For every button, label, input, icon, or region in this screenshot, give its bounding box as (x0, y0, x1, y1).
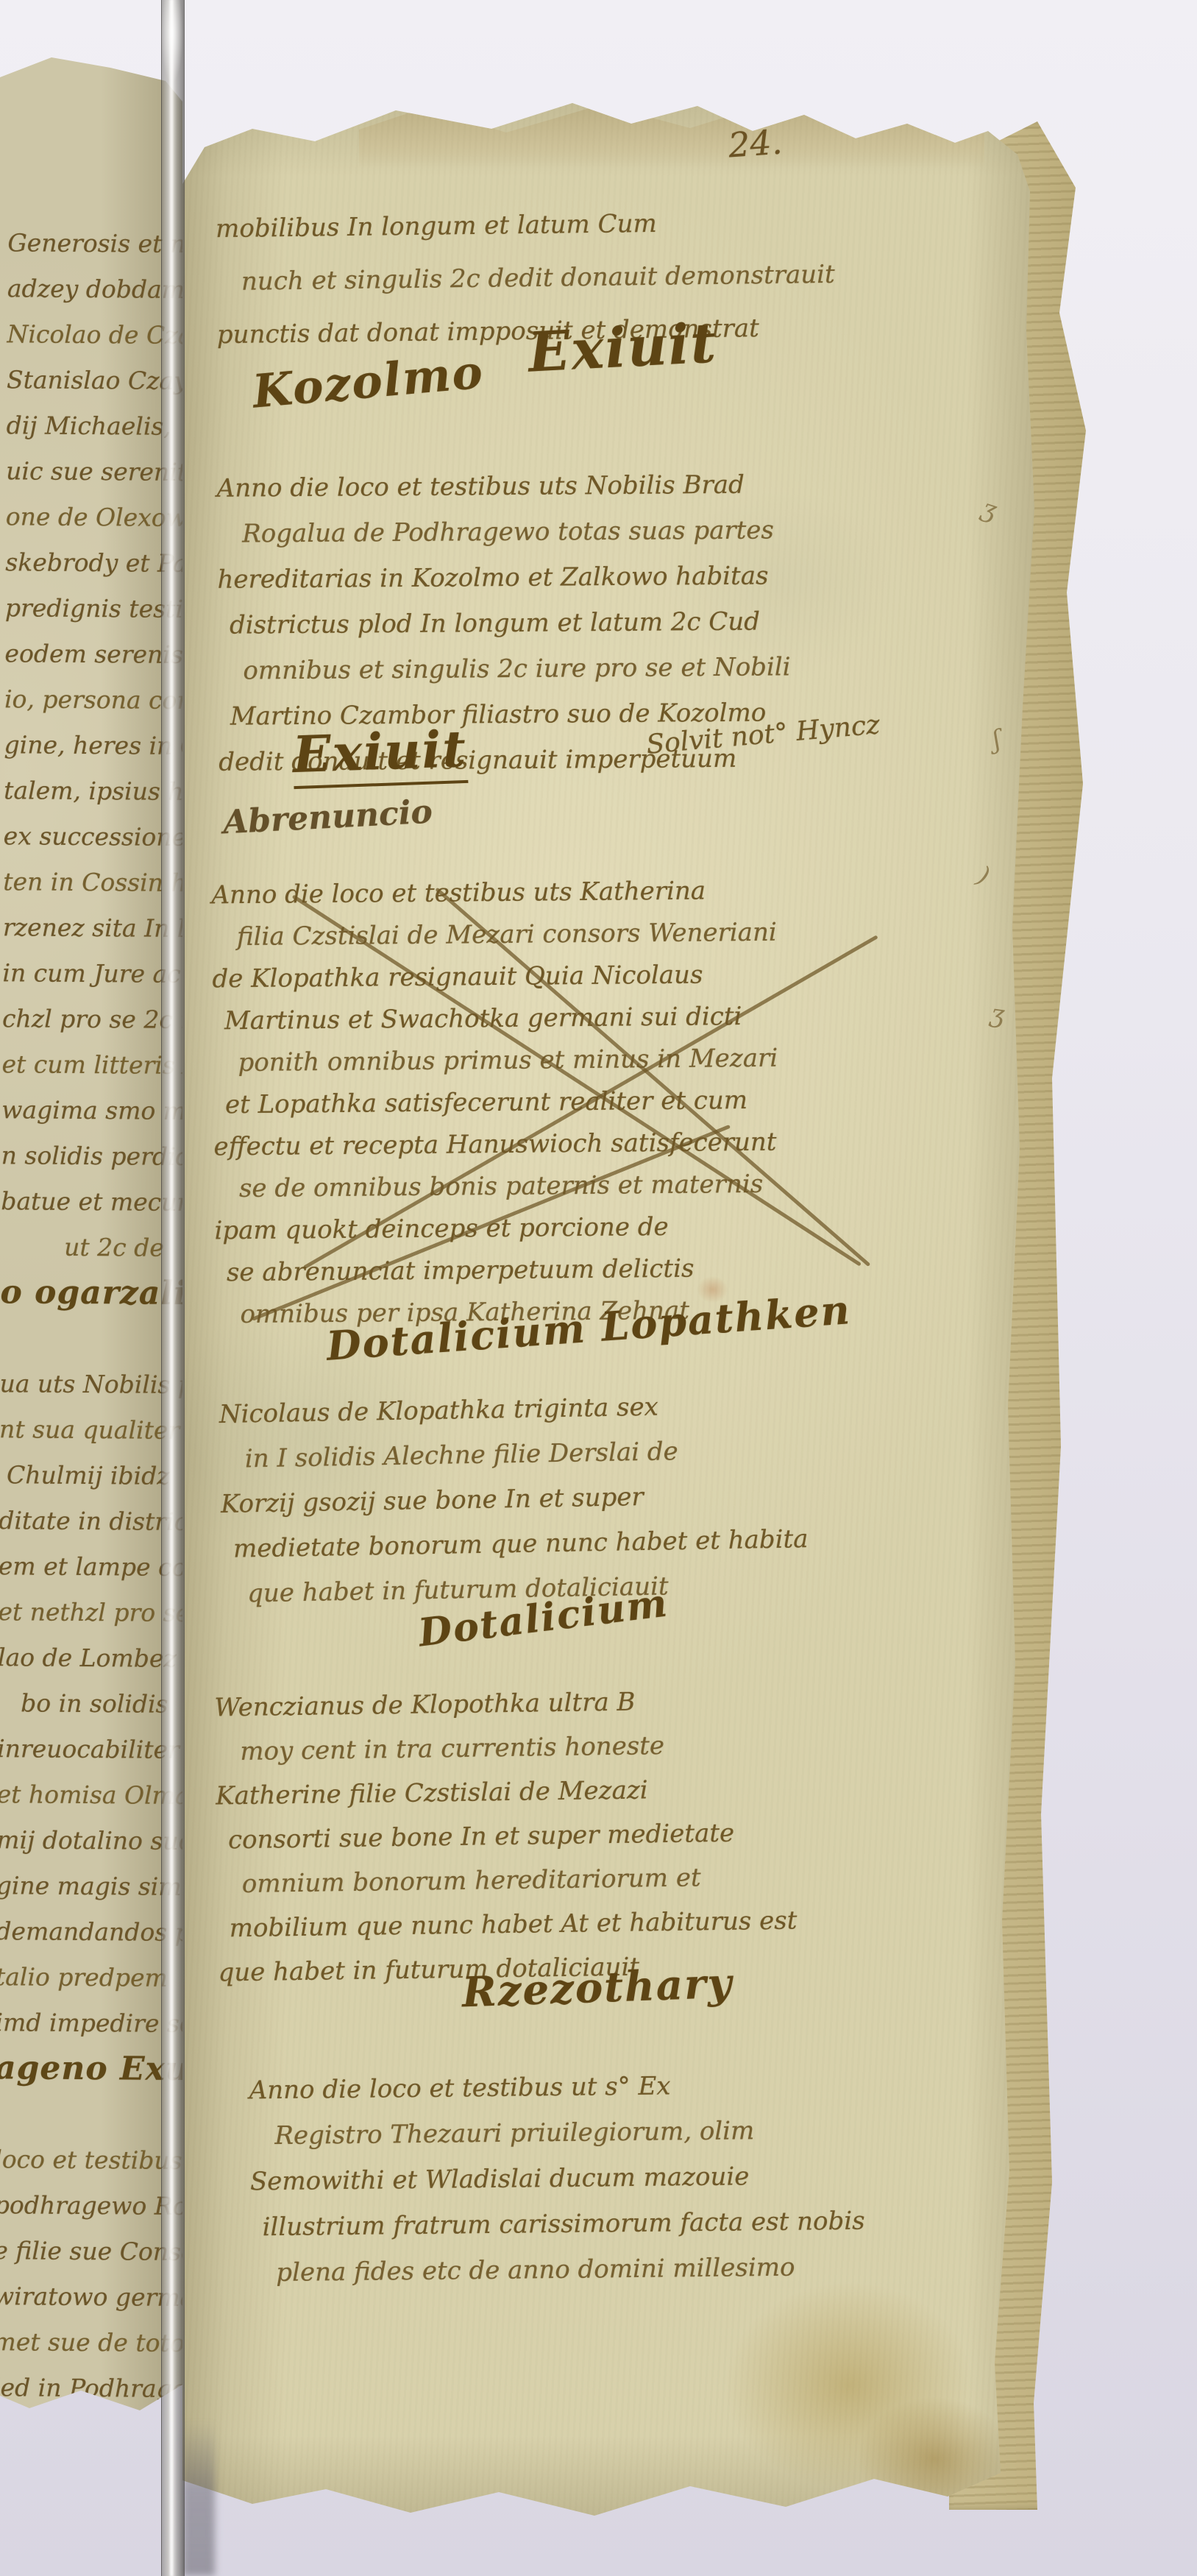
facing-page-text-line: led in Podhrage (0, 2365, 163, 2412)
text-line: Registro Thezauri priuilegiorum, olim (274, 2107, 864, 2159)
facing-page-text-line: podhragewo Rogalin (0, 2182, 157, 2229)
facing-page-text-line: dij Michaelis, (6, 403, 169, 450)
facing-page-text-line: Chulmij ibidz (0, 1452, 170, 1499)
facing-page-fragment: Generosis et nobilisadzey dobdamsero,Nic… (0, 44, 182, 2466)
text-line: Wenczianus de Klopothka ultra B (214, 1678, 794, 1730)
facing-page-text-line: wiratowo germa (0, 2274, 164, 2321)
facing-page-text-line: Nicolao de Czaslowo (7, 311, 177, 358)
facing-page-text-line: ut 2c de (1, 1224, 164, 1271)
text-line: Katherine filie Czstislai de Mezazi (216, 1766, 795, 1819)
heading-exiuit-1: Exiuit (527, 311, 719, 384)
paragraph-dotalicium: Wenczianus de Klopothka ultra Bmoy cent … (214, 1678, 798, 1995)
torn-top-edge (359, 100, 984, 168)
text-line: hereditarias in Kozolmo et Zalkowo habit… (217, 553, 790, 602)
facing-page-text-line: lao de Lombez (0, 1635, 161, 1682)
facing-page-text-line: chzl pro se 2c nobili (2, 996, 173, 1043)
facing-page-text-line: gine magis simt (0, 1863, 167, 1910)
facing-page-text-line: ten in Cossin heres, (3, 859, 174, 906)
manuscript-photo: Generosis et nobilisadzey dobdamsero,Nic… (0, 0, 1197, 2576)
facing-page-text-line: batue et mecum (1, 1178, 171, 1225)
facing-page-text-line: ua uts Nobilis petrid (0, 1361, 163, 1408)
facing-page-text-line: Stanislao Czayco (7, 357, 177, 404)
facing-page-text-line: ageno Exuu (0, 2045, 158, 2092)
text-line: punctis dat donat impposuit et demonstra… (216, 301, 836, 361)
facing-page-text-line: plozs sin ac am (0, 2410, 163, 2458)
facing-page-text-line (0, 1315, 171, 1362)
facing-page-text-line: talem, ipsius hereditat (4, 768, 174, 815)
text-line: mobilibus In longum et latum Cum (216, 195, 835, 255)
text-line: omnibus et singulis 2c iure pro se et No… (243, 644, 791, 693)
text-line: Rogalua de Podhragewo totas suas partes (242, 507, 790, 556)
text-line: moy cent in tra currentis honeste (240, 1722, 795, 1774)
rod-highlight (157, 0, 187, 110)
facing-page-text-line: et cum litteris At (1, 1041, 172, 1089)
text-line: effectu et recepta Hanuswioch satisfecer… (213, 1122, 778, 1169)
facing-page-text-line: inreuocabiliter dos (0, 1726, 168, 1773)
facing-page-text-line: rzenez sita In longum (3, 905, 174, 952)
text-line: ponith omnibus primus et minus in Mezari (238, 1038, 778, 1084)
facing-page-text-line: in cum Jure ac omnibus (2, 950, 166, 997)
heading-rzezothary: Rzezothary (461, 1959, 734, 2017)
paragraph-rzezothary: Anno die loco et testibus ut s° ExRegist… (249, 2062, 865, 2296)
facing-page-text-line: nt sua qualiter (0, 1406, 170, 1454)
heading-abrenuncio: Abrenuncio (222, 793, 433, 842)
facing-page-text-line: demandandos ps (0, 1908, 160, 1956)
facing-page-text-line: Generosis et nobilis (7, 220, 178, 267)
paragraph-intro: mobilibus In longum et latum Cumnuch et … (216, 195, 836, 361)
facing-page-text-line: loco et testibus u (0, 2137, 165, 2184)
text-line: illustrium fratrum carissimorum facta es… (262, 2198, 865, 2251)
facing-page-text-line: gine, heres in Cossin (4, 722, 174, 769)
facing-page-text-line: imd impedire so (0, 2000, 166, 2047)
facing-page-text-line: bo in solidis (0, 1680, 168, 1727)
facing-page-text-line: io, persona confirmauit, (4, 676, 168, 723)
facing-page-text-line: e filie sue Consor (0, 2228, 165, 2275)
text-line: plena fides etc de anno domini millesimo (276, 2244, 866, 2296)
facing-page-text-line (0, 2091, 166, 2138)
facing-page-text-line: ex successione prima so (4, 813, 167, 860)
text-line: Martinus et Swachotka germani sui dicti (224, 996, 778, 1043)
facing-page-text-line: eodem serenissimo principe (4, 631, 175, 678)
facing-page-text-line: wagima smo mona (1, 1087, 165, 1134)
text-line: et Lopathka satisfecerunt realiter et cu… (225, 1080, 778, 1127)
text-line: nuch et singulis 2c dedit donauit demons… (241, 248, 836, 308)
facing-page-text-line: et homisa Olma (0, 1772, 160, 1819)
text-line: Semowithi et Wladislai ducum mazouie (250, 2153, 865, 2205)
text-line: Anno die loco et testibus uts Nobilis Br… (216, 461, 789, 511)
facing-page-text-line: n solidis perdidit et (1, 1133, 172, 1180)
text-line: de Klopathka resignauit Quia Nicolaus (212, 954, 777, 1001)
facing-page-text-line: em et lampe com (0, 1543, 169, 1590)
manuscript-leaf: 24. mobilibus In longum et latum Cumnuch… (182, 96, 1037, 2532)
text-line: ipam quokt deinceps et porcione de (214, 1206, 779, 1253)
facing-page-text-line: uic sue serenitatis (6, 448, 177, 495)
facing-page-text-line: skebrody et Paulo de (5, 539, 168, 587)
text-line: districtus plod In longum et latum 2c Cu… (230, 598, 791, 648)
page-number: 24. (727, 122, 784, 166)
facing-page-text-line: ditate in districtum (0, 1498, 162, 1545)
text-line: consorti sue bone In et super medietate (228, 1811, 796, 1863)
paragraph-dotalicium-lopathken: Nicolaus de Klopathka triginta sexin I s… (219, 1382, 809, 1617)
text-line: Anno die loco et testibus uts Katherina (211, 870, 776, 917)
facing-page-text-line: adzey dobdamsero, (7, 266, 171, 313)
facing-page-text-line: mij dotalino suo (0, 1817, 167, 1864)
text-line: se de omnibus bonis paternis et maternis (239, 1164, 779, 1210)
facing-page-text-line: predignis testibus ad (5, 585, 176, 632)
facing-page-text-line: met sue de toto (0, 2319, 157, 2366)
text-line: omnium bonorum hereditariorum et (241, 1854, 796, 1906)
text-line: se abrenunciat imperpetuum delictis (227, 1248, 780, 1295)
facing-page-text-line: et nethzl pro se (0, 1589, 169, 1636)
facing-page-text-line: one de Olexowo (6, 494, 177, 541)
text-line: mobilium que nunc habet At et habiturus … (229, 1898, 797, 1950)
facing-page-text: Generosis et nobilisadzey dobdamsero,Nic… (0, 220, 179, 2458)
heading-exiuit-2: Exiuit (292, 720, 469, 789)
glass-rod (161, 0, 185, 2576)
rod-shadow (182, 2421, 215, 2576)
facing-page-text-line: talio predpem (0, 1954, 166, 2001)
text-line: Anno die loco et testibus ut s° Ex (249, 2062, 864, 2114)
facing-page-text-line: o ogarzalige (0, 1270, 171, 1317)
